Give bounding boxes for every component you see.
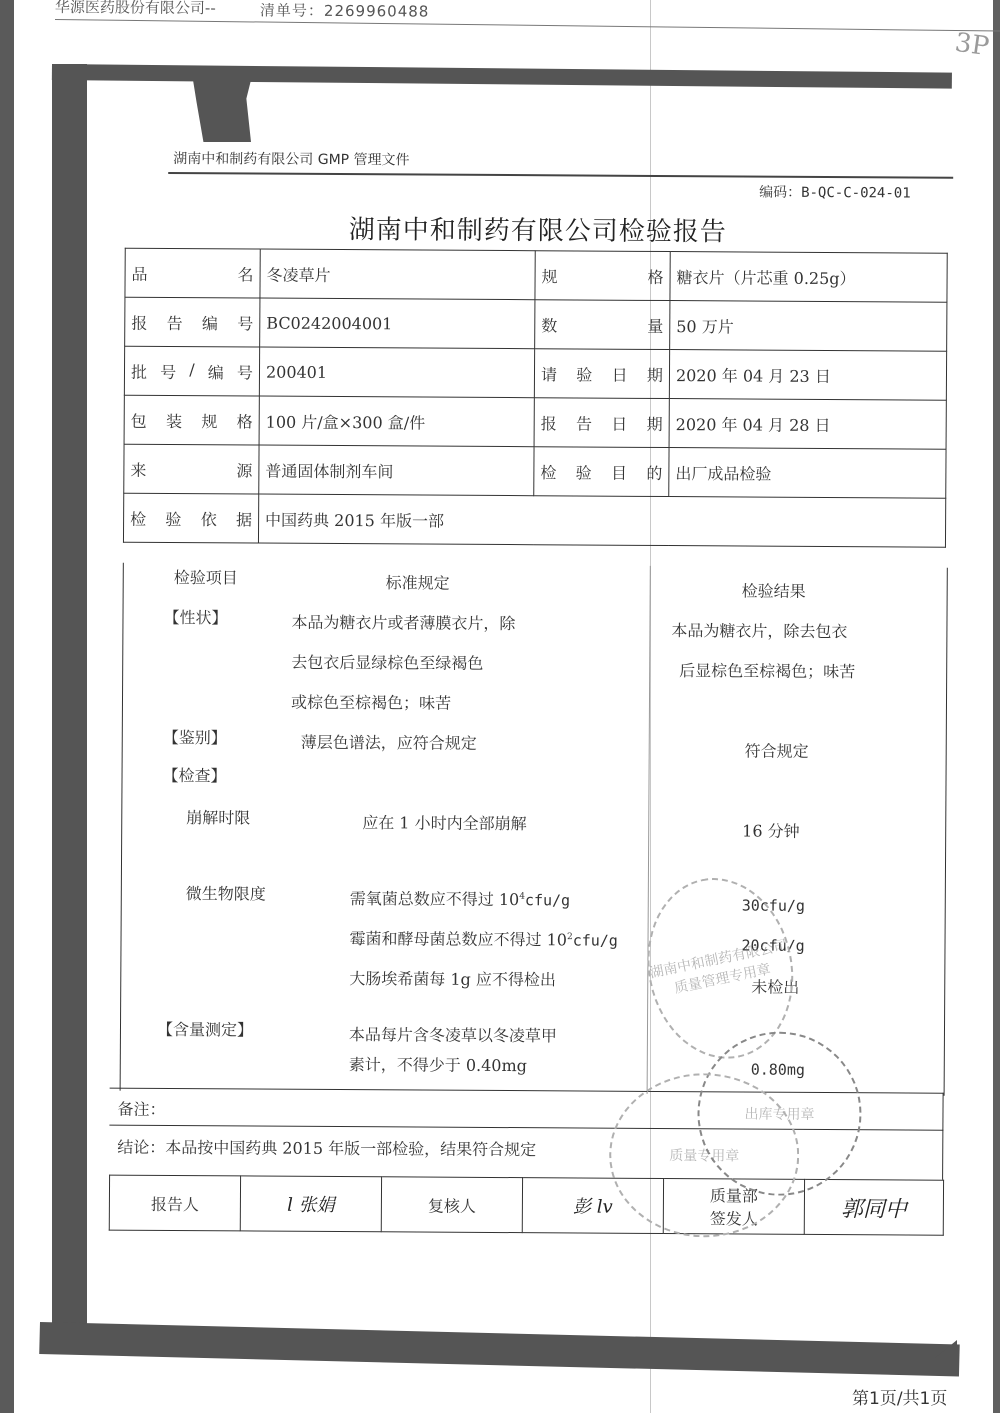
- disintegration-result: 16 分钟: [742, 818, 800, 841]
- disintegration-standard: 应在 1 小时内全部崩解: [362, 810, 526, 834]
- microbial-result-1: 30cfu/g: [742, 896, 805, 914]
- microbial-standard-2: 霉菌和酵母菌总数应不得过 102cfu/g: [349, 926, 617, 951]
- item-identification: 【鉴别】: [163, 725, 227, 748]
- appearance-standard-1: 本品为糖衣片或者薄膜衣片，除: [291, 610, 515, 634]
- report-title: 湖南中和制药有限公司检验报告: [3, 207, 1000, 251]
- info-label: 包装规格: [124, 395, 259, 445]
- header-item: 检验项目: [174, 565, 238, 588]
- basis-row: 检验依据中国药典 2015 年版一部: [123, 493, 945, 547]
- assay-standard-1: 本品每片含冬凌草以冬凌草甲: [349, 1022, 557, 1046]
- info-value: BC0242004001: [260, 298, 535, 349]
- info-label: 请验日期: [534, 349, 669, 399]
- info-label: 批号/编号: [124, 346, 259, 396]
- assay-standard-2: 素计，不得少于 0.40mg: [349, 1052, 527, 1076]
- info-row: 来源普通固体制剂车间检验目的出厂成品检验: [124, 444, 946, 498]
- info-value: 200401: [259, 347, 534, 398]
- assay-result: 0.80mg: [751, 1061, 805, 1079]
- item-disintegration: 崩解时限: [186, 805, 250, 828]
- info-label: 数量: [535, 300, 670, 350]
- info-value: 2020 年 04 月 23 日: [669, 350, 946, 401]
- info-label: 报告编号: [125, 297, 260, 347]
- item-appearance: 【性状】: [163, 605, 227, 628]
- microbial-result-2: 20cfu/g: [741, 936, 804, 954]
- microbial-standard-3: 大肠埃希菌每 1g 应不得检出: [349, 966, 556, 990]
- microbial-standard-1: 需氧菌总数应不得过 104cfu/g: [350, 886, 570, 910]
- remarks-label: 备注：: [117, 1097, 165, 1120]
- info-row: 批号/编号200401请验日期2020 年 04 月 23 日: [124, 346, 946, 400]
- conclusion-row: 结论：本品按中国药典 2015 年版一部检验，结果符合规定: [109, 1125, 943, 1180]
- info-row: 包装规格100 片/盒×300 盒/件报告日期2020 年 04 月 28 日: [124, 395, 946, 449]
- appearance-standard-2: 去包衣后显绿棕色至绿褐色: [291, 650, 483, 674]
- info-row: 报告编号BC0242004001数量50 万片: [125, 297, 947, 351]
- item-microbial: 微生物限度: [186, 881, 266, 904]
- issuer-label: 质量部签发人: [663, 1179, 804, 1235]
- identification-result: 符合规定: [745, 738, 809, 761]
- info-row: 品名冬凌草片规格糖衣片（片芯重 0.25g）: [125, 248, 947, 302]
- info-label: 来源: [124, 444, 259, 494]
- header-rule: [168, 172, 953, 179]
- page-indicator: 第1页/共1页: [852, 1384, 947, 1409]
- reviewer-label: 复核人: [381, 1177, 522, 1233]
- identification-standard: 薄层色谱法，应符合规定: [301, 730, 477, 754]
- header-result: 检验结果: [742, 578, 806, 601]
- info-value: 50 万片: [670, 301, 947, 352]
- info-value: 出厂成品检验: [669, 448, 946, 499]
- remarks-row: 备注：: [109, 1088, 943, 1131]
- info-value: 冬凌草片: [260, 249, 535, 300]
- info-value: 100 片/盒×300 盒/件: [259, 396, 534, 447]
- appearance-result-2: 后显棕色至棕褐色；味苦: [679, 658, 855, 682]
- column-divider: [647, 566, 651, 1094]
- gmp-header: 湖南中和制药有限公司 GMP 管理文件: [173, 148, 409, 169]
- basis-label: 检验依据: [123, 493, 258, 543]
- issuer-signature: 郭同中: [804, 1179, 943, 1235]
- reporter-signature: l 张娟: [240, 1176, 381, 1232]
- info-value: 2020 年 04 月 28 日: [669, 399, 946, 450]
- reviewer-signature: 彭 lv: [522, 1178, 663, 1234]
- document-code: 编码：B-QC-C-024-01: [759, 182, 911, 203]
- info-label: 报告日期: [534, 398, 669, 448]
- info-value: 糖衣片（片芯重 0.25g）: [670, 252, 947, 303]
- info-label: 品名: [125, 248, 260, 298]
- item-inspection: 【检查】: [162, 763, 226, 786]
- item-assay: 【含量测定】: [157, 1017, 253, 1041]
- info-label: 规格: [535, 251, 670, 301]
- signature-table: 报告人 l 张娟 复核人 彭 lv 质量部签发人 郭同中: [109, 1175, 944, 1236]
- appearance-standard-3: 或棕色至棕褐色；味苦: [291, 690, 451, 714]
- info-table: 品名冬凌草片规格糖衣片（片芯重 0.25g）报告编号BC0242004001数量…: [123, 248, 948, 548]
- reporter-label: 报告人: [109, 1175, 240, 1231]
- microbial-result-3: 未检出: [751, 975, 799, 998]
- info-label: 检验目的: [534, 447, 669, 497]
- info-value: 普通固体制剂车间: [259, 445, 534, 496]
- conclusion-text: 结论：本品按中国药典 2015 年版一部检验，结果符合规定: [117, 1135, 536, 1161]
- inspection-report: 湖南中和制药有限公司 GMP 管理文件 编码：B-QC-C-024-01 湖南中…: [0, 0, 1000, 1413]
- appearance-result-1: 本品为糖衣片，除去包衣: [671, 618, 847, 642]
- header-standard: 标准规定: [386, 570, 450, 593]
- basis-value: 中国药典 2015 年版一部: [258, 494, 945, 547]
- results-section: 检验项目 标准规定 检验结果 【性状】 本品为糖衣片或者薄膜衣片，除 去包衣后显…: [120, 563, 948, 1096]
